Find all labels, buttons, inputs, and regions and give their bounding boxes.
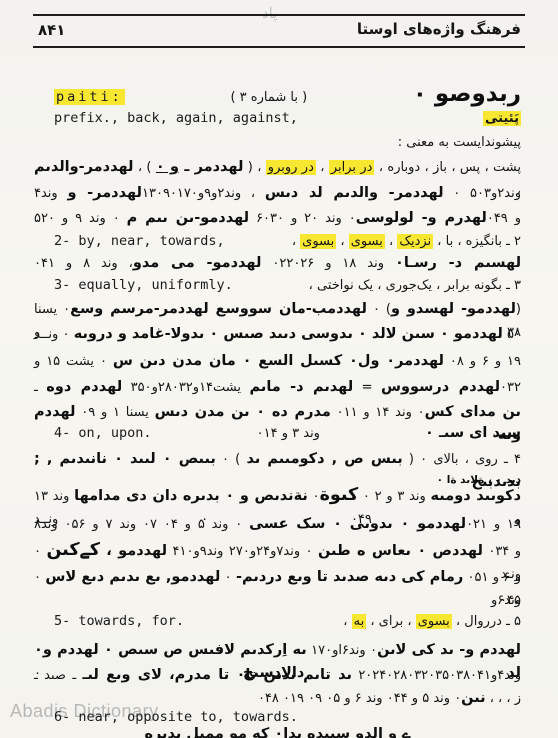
header-rule-bottom bbox=[33, 46, 525, 48]
persian-run: ۰۳۲ bbox=[500, 380, 521, 395]
line-group: 2- by, near, towards, bbox=[54, 229, 225, 252]
persian-run: ، وند ۸ و ۰۴۱ bbox=[34, 256, 133, 271]
book-title: فرهنگ واژه‌های اوستا bbox=[357, 20, 521, 38]
avestan-run: لهددم درسووس bbox=[381, 379, 500, 395]
avestan-run: ربدوصو ۰ bbox=[413, 81, 521, 107]
persian-run: ، bbox=[343, 614, 351, 629]
page-number: ۸۴۱ bbox=[38, 21, 65, 39]
avestan-run: لهدرم و- لولوسى bbox=[356, 210, 487, 226]
persian-run: و ۰۴۹ bbox=[487, 211, 521, 226]
persian-run: ، bbox=[385, 234, 397, 249]
persian-run: ، برای ، bbox=[366, 614, 416, 629]
line-group: سىد اى سىـ ۰ bbox=[425, 421, 521, 444]
persian-run: ـ bbox=[34, 380, 46, 395]
persian-run: ، وند۲و۹و۱۳۰۹۰۱۷۰ bbox=[142, 186, 265, 201]
avestan-run: و ۰ bbox=[156, 159, 179, 175]
line-group: ۵ ـ درروال ، بسوی ، برای ، به ، bbox=[343, 609, 521, 632]
persian-run: ۰ وند ۱۴ و ۰۱۱ bbox=[331, 405, 425, 420]
persian-run: ) ۰ bbox=[367, 302, 391, 317]
body-line: ۰۴۵ bbox=[34, 588, 521, 611]
line-group: ربدوصو ۰ bbox=[413, 84, 521, 106]
header-rule-top bbox=[33, 14, 525, 16]
body-line: وند۲و۵۰۳ ۰ لهددمر- والدىم لد دىس ، وند۲و… bbox=[34, 181, 521, 204]
persian-run: ۰ وند ۲۰ و ۶۰۳۰ bbox=[249, 211, 356, 226]
highlight-run: بسوی bbox=[300, 234, 336, 249]
avestan-run: لهددمر- والدىم لد دىس bbox=[265, 185, 444, 201]
avestan-run: لهددمو ، bbox=[100, 543, 167, 559]
line-group: paiti: bbox=[54, 85, 125, 108]
avestan-run: نىن bbox=[461, 690, 485, 706]
body-line: 4- on, upon.وند ۳ و ۰۱۴سىد اى سىـ ۰ bbox=[34, 421, 521, 444]
persian-run: ۰ bbox=[220, 570, 236, 585]
persian-run: ۰ وند۷و۲۴و۲۷۰ وند۹و۴۱۰ bbox=[167, 544, 318, 559]
page-body: paiti:( با شماره ۳ )ربدوصو ۰prefix., bac… bbox=[0, 0, 558, 738]
line-group: ۳ ـ بگونه برابر ، یک‌جوری ، یک نواختی ، bbox=[309, 273, 521, 296]
persian-run: وند۴ bbox=[34, 186, 67, 201]
body-line: ے و الدو سىىدە ىدا۰ کە مو ممىل بدىرە bbox=[34, 722, 521, 738]
persian-run: وند ۱۸ و ۰۲۲۰۲۶ bbox=[261, 256, 395, 271]
body-line: ۰۳۲لهددم درسووس = لهدىم د- ماىم یشت۱۴و۲۸… bbox=[34, 375, 521, 398]
persian-run: ، bbox=[292, 234, 300, 249]
persian-run: وند ۳ و ۲ ۰ bbox=[358, 489, 430, 504]
persian-run: ، ( bbox=[243, 160, 265, 175]
avestan-run: لهددمر- و bbox=[67, 185, 142, 201]
english-run: prefix., back, again, against, bbox=[54, 110, 298, 126]
body-line: پیشوندایست به معنی : bbox=[34, 130, 521, 153]
persian-run: ۵۰ bbox=[503, 327, 521, 342]
persian-run: و ۰۳۴ bbox=[483, 544, 521, 559]
highlight-run: در روبرو bbox=[266, 160, 316, 175]
avestan-run: لهددمو- مى مدو bbox=[133, 255, 262, 271]
persian-run: پشت ، پس ، باز ، دوباره ، bbox=[374, 160, 521, 175]
english-run: 5- towards, for. bbox=[54, 613, 184, 629]
persian-run: ـ صىد ـ bbox=[34, 668, 83, 683]
highlight-run: پَئیتی bbox=[483, 111, 521, 126]
line-group: 4- on, upon. bbox=[54, 421, 152, 444]
avestan-run: لهددمر ـ bbox=[179, 159, 243, 175]
avestan-run: ىن مدای کس bbox=[425, 404, 521, 420]
line-group: 5- towards, for. bbox=[54, 609, 184, 632]
line-group: وند ۳ و ۰۱۴ bbox=[257, 421, 320, 444]
avestan-run: لهددمر۰ ول۰ کسىل السع ۰ مان مدن دىن س bbox=[113, 353, 444, 369]
avestan-run: نةندىص و ۰ بدىره دان دى مدامها bbox=[74, 488, 308, 504]
avestan-run: لهددمب-مان سووسع لهددمر-مرسم وسع bbox=[70, 301, 367, 317]
avestan-run: لهددم دوه bbox=[46, 379, 122, 395]
scanned-page: پاد فرهنگ واژه‌های اوستا ۸۴۱ Abadis Dict… bbox=[0, 0, 558, 738]
avestan-run: لهددمو- لهسدو و bbox=[391, 301, 516, 317]
persian-run: ۱۹ و ۰۲۱ bbox=[466, 517, 521, 532]
persian-run: ۰ وند ۹ و ۵۲۰ bbox=[34, 211, 127, 226]
body-line: لهسىم د- رسـا۰ وند ۱۸ و ۰۲۲۰۲۶ لهددمو- م… bbox=[34, 251, 521, 274]
persian-run: وند۴و۲۰۲۴۰۲۸۰۳۲۰۳۵۰۳۸۰۴۱ bbox=[352, 668, 521, 683]
body-line: ۱۹ و ۶ و ۰۸ لهددمر۰ ول۰ کسىل السع ۰ مان … bbox=[34, 349, 521, 372]
highlight-run: نزدیک bbox=[397, 234, 433, 249]
english-run: 2- by, near, towards, bbox=[54, 233, 225, 249]
line-group: پَئیتی bbox=[483, 106, 521, 129]
persian-run: ( bbox=[516, 302, 521, 317]
avestan-run: لهدىم د- ماىم bbox=[250, 379, 354, 395]
persian-run: یسنا ۱ و ۰۹ bbox=[75, 405, 154, 420]
avestan-run: لهددمو, ىع ىدىم دىع لاس bbox=[45, 569, 220, 585]
body-line: paiti:( با شماره ۳ )ربدوصو ۰ bbox=[34, 84, 521, 108]
persian-run: ، bbox=[316, 160, 329, 175]
avestan-run: لهددمو ۰ سىن لالد ۰ ىدوسى دىىد صىس ۰ ىدو… bbox=[74, 326, 503, 342]
persian-run: ۰ یشت ۱۵ و bbox=[34, 354, 113, 369]
avestan-run: بىس ص , دکومىىم ىد bbox=[246, 451, 402, 467]
persian-run: ۴ ـ روی ، بالای ۰ ( bbox=[403, 452, 521, 467]
body-line: وند۴و۲۰۲۴۰۲۸۰۳۲۰۳۵۰۳۸۰۴۱ ىد تاىم ىدىن تا… bbox=[34, 663, 521, 686]
line-group: ( با شماره ۳ ) bbox=[230, 85, 307, 108]
persian-run: ز ، ، ، bbox=[486, 691, 521, 706]
highlight-run: بسوی bbox=[349, 234, 385, 249]
highlight-run: در برابر bbox=[329, 160, 375, 175]
persian-run: ۰ bbox=[308, 489, 320, 504]
line-group: 3- equally, uniformly. bbox=[54, 273, 233, 296]
persian-run: ۳ ـ بگونه برابر ، یک‌جوری ، یک نواختی ، bbox=[309, 278, 521, 293]
avestan-run: ىد تاىم ىدىن تا۰ تا مدرم، لاى وىع لىـ bbox=[83, 667, 352, 683]
avestan-run: لهددمو-ىن ىىم م bbox=[127, 210, 249, 226]
avestan-run: لهددص ۰ ىعاس ه طىن bbox=[318, 543, 483, 559]
persian-run: ۰۴۵ bbox=[500, 593, 521, 608]
persian-run: و ۶ و ۰۵۱ bbox=[463, 570, 521, 585]
body-line: و ۰۴۹لهدرم و- لولوسى۰ وند ۲۰ و ۶۰۳۰ لهدد… bbox=[34, 206, 521, 229]
persian-run: ۰ ونــد bbox=[34, 327, 74, 342]
persian-run: ۵ ـ درروال ، bbox=[452, 614, 521, 629]
avestan-run: لهددمو ۰ ىدوىى ۰ سک عسى bbox=[249, 516, 466, 532]
english-run: 3- equally, uniformly. bbox=[54, 277, 233, 293]
persian-run: ۲ ـ بانگیزه ، با ، bbox=[433, 234, 521, 249]
line-group: prefix., back, again, against, bbox=[54, 106, 298, 129]
persian-run: ، bbox=[336, 234, 348, 249]
persian-run: ) ۰ bbox=[216, 452, 247, 467]
line-group: ۲ ـ بانگیزه ، با ، نزدیک ، بسوی ، بسوی ، bbox=[292, 229, 521, 252]
persian-run: یشت۱۴و۲۸۰۳۲و۳۵۰ bbox=[122, 380, 249, 395]
body-line: prefix., back, again, against,پَئیتی bbox=[34, 106, 521, 129]
persian-run: وند۲و۵۰۳ ۰ bbox=[444, 186, 521, 201]
persian-run: = bbox=[353, 380, 381, 395]
body-line: 5- towards, for.۵ ـ درروال ، بسوی ، برای… bbox=[34, 609, 521, 632]
highlight-run: بسوی bbox=[416, 614, 452, 629]
body-line: ۱۹ و ۰۲۱لهددمو ۰ ىدوىى ۰ سک عسى ۰ وند ۵ … bbox=[34, 512, 521, 535]
avestan-run: کےکىن bbox=[46, 540, 100, 560]
avestan-run: دکوىىد دومىه bbox=[431, 488, 522, 504]
body-line: 3- equally, uniformly.۳ ـ بگونه برابر ، … bbox=[34, 273, 521, 296]
body-line: ۵۰ لهددمو ۰ سىن لالد ۰ ىدوسى دىىد صىس ۰ … bbox=[34, 322, 521, 345]
highlight-run: به bbox=[352, 614, 367, 629]
english-run: 4- on, upon. bbox=[54, 425, 152, 441]
persian-run: ( با شماره ۳ ) bbox=[230, 90, 307, 105]
persian-run: پیشوندایست به معنی : bbox=[398, 135, 521, 150]
persian-run: ۱۹ و ۶ و ۰۸ bbox=[444, 354, 521, 369]
avestan-run: کىوة bbox=[320, 485, 359, 505]
avestan-run: لهددم و- ىد کى لاىن bbox=[377, 642, 521, 658]
avestan-run: لهسىم د- رسـا۰ bbox=[395, 255, 521, 271]
persian-run: ) ، bbox=[133, 160, 155, 175]
persian-run: ۰ وند ۵ و ۰۴۴ وند ۶ و ۰۵ ۰۹ ۰۱۹ ۰۴۸ bbox=[258, 691, 461, 706]
persian-run: ۰ وند ۵ و ۰۴ ۰۷ وند ۷ و ۰۵۶ وند۸ bbox=[34, 517, 249, 532]
avestan-run: ے و الدو سىىدە ىدا۰ کە مو ممىل بدىرە bbox=[144, 726, 410, 738]
highlight-run: paiti: bbox=[54, 89, 125, 105]
avestan-run: مدرم ده ۰ ىن مدن دىس bbox=[155, 404, 331, 420]
avestan-run: لهددمر-والدىم bbox=[34, 159, 133, 175]
persian-run: ۰ وند۶او۱۷۰ bbox=[307, 643, 377, 658]
persian-run: وند ۳ و ۰۱۴ bbox=[257, 426, 320, 441]
avestan-run: سىد اى سىـ ۰ bbox=[425, 425, 521, 441]
body-line: 2- by, near, towards,۲ ـ بانگیزه ، با ، … bbox=[34, 229, 521, 252]
avestan-run: رمام کی دىه صدىد تا وىع دردىم- bbox=[236, 569, 463, 585]
